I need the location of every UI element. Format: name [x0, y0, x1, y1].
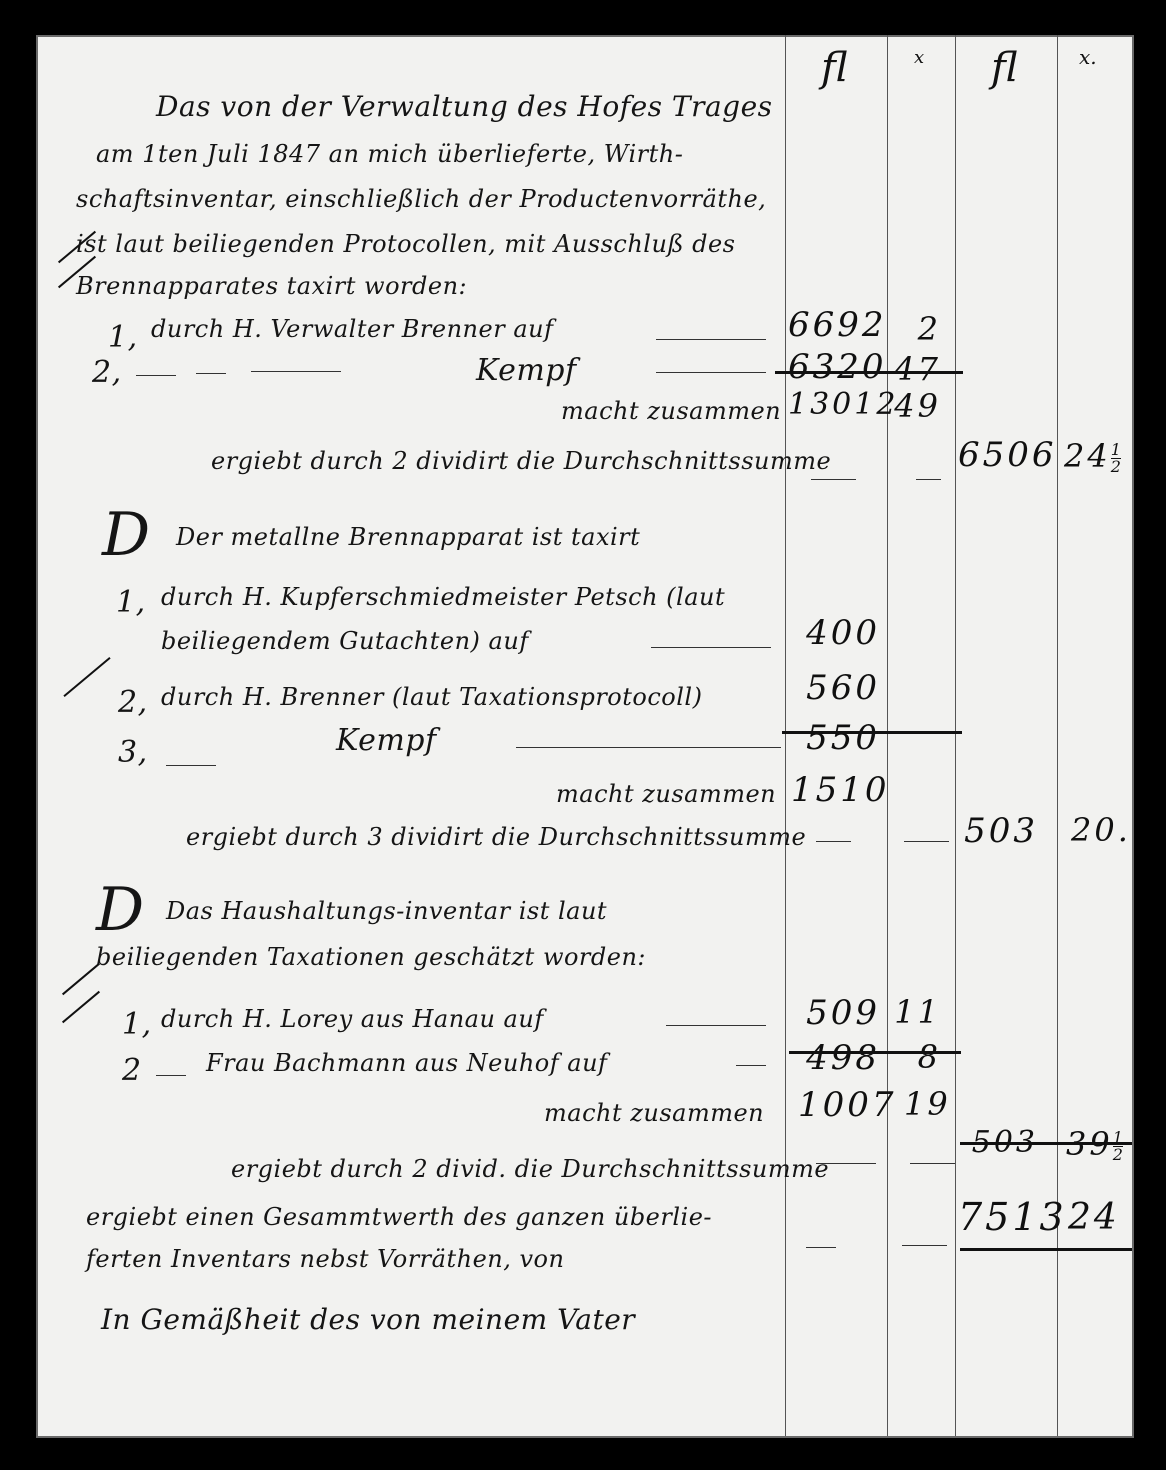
sum-gulden: 13012	[788, 387, 880, 422]
column-divider	[887, 35, 888, 1436]
column-header-gulden-2: fl	[991, 45, 1018, 91]
column-divider	[955, 35, 956, 1436]
sum-rule	[789, 1051, 961, 1054]
item-text: durch H. Lorey aus Hanau auf	[161, 1005, 544, 1033]
amount-gulden: 6320	[788, 347, 880, 387]
item-number: 2	[122, 1053, 142, 1088]
total-kreuzer: 24	[1068, 1197, 1120, 1238]
sum-rule	[775, 371, 963, 374]
leader-line	[656, 339, 766, 340]
ditto-line	[136, 375, 176, 376]
item-text: durch H. Brenner (laut Taxationsprotocol…	[161, 683, 702, 711]
intro-line: Das von der Verwaltung des Hofes Trages	[156, 90, 773, 123]
sum-label: macht zusammen	[556, 780, 776, 808]
intro-line: schaftsinventar, einschließlich der Prod…	[76, 185, 766, 213]
amount-gulden: 498	[788, 1038, 880, 1078]
column-header-gulden-1: fl	[821, 45, 848, 91]
initial-capital: D	[96, 880, 145, 940]
average-gulden: 503	[958, 811, 1038, 851]
amount-kreuzer: 8	[891, 1038, 941, 1076]
average-gulden: 6506	[958, 435, 1048, 475]
intro-line: Der metallne Brennapparat ist taxirt	[176, 523, 640, 551]
average-label: ergiebt durch 2 divid. die Durchschnitts…	[231, 1155, 829, 1183]
total-line: ferten Inventars nebst Vorräthen, von	[86, 1245, 564, 1273]
leader-line	[666, 1025, 766, 1026]
column-header-kreuzer-1: x	[914, 47, 924, 68]
sum-rule	[782, 731, 962, 734]
ledger-page: fl x fl x. Das von der Verwaltung des Ho…	[36, 35, 1134, 1438]
average-kreuzer: 2412	[1064, 437, 1121, 475]
column-header-kreuzer-2: x.	[1079, 45, 1097, 69]
total-gulden: 7513	[958, 1195, 1050, 1239]
empty-cell-dash	[910, 1163, 955, 1164]
intro-line: ist laut beiliegenden Protocollen, mit A…	[76, 230, 735, 258]
empty-cell-dash	[811, 479, 856, 480]
fraction-half: 12	[1113, 1130, 1123, 1163]
ditto-line	[166, 765, 216, 766]
margin-tick-mark	[63, 657, 110, 697]
sum-kreuzer: 49	[891, 387, 941, 425]
amount-gulden: 400	[788, 613, 880, 653]
intro-line: beiliegenden Taxationen geschätzt worden…	[96, 943, 646, 971]
item-number: 2,	[118, 685, 148, 720]
empty-cell-dash	[816, 841, 851, 842]
sum-label: macht zusammen	[561, 397, 781, 425]
item-text: durch H. Kupferschmiedmeister Petsch (la…	[161, 583, 725, 611]
amount-kreuzer: 47	[891, 350, 941, 388]
empty-cell-dash	[806, 1247, 836, 1248]
intro-line: Brennapparates taxirt worden:	[76, 272, 467, 300]
amount-kreuzer: 2	[891, 310, 941, 348]
fraction-half: 12	[1111, 442, 1121, 475]
column-divider	[785, 35, 786, 1436]
amount-gulden: 6692	[788, 305, 880, 345]
leader-line	[651, 647, 771, 648]
item-number: 1,	[122, 1007, 152, 1042]
amount-gulden: 560	[788, 668, 880, 708]
intro-line: Das Haushaltungs-inventar ist laut	[166, 897, 607, 925]
leader-line	[516, 747, 781, 748]
empty-cell-dash	[816, 1163, 876, 1164]
sum-gulden: 1510	[791, 770, 890, 810]
item-text: Frau Bachmann aus Neuhof auf	[206, 1049, 607, 1077]
amount-gulden: 550	[788, 718, 880, 758]
leader-line	[656, 372, 766, 373]
total-line: ergiebt einen Gesammtwerth des ganzen üb…	[86, 1203, 712, 1231]
sum-kreuzer: 19	[904, 1085, 951, 1123]
kreuzer-whole: 24	[1064, 437, 1111, 475]
leader-line	[736, 1065, 766, 1066]
amount-kreuzer: 11	[891, 993, 941, 1031]
average-label: ergiebt durch 2 dividirt die Durchschnit…	[211, 447, 831, 475]
average-kreuzer: 20.	[1071, 811, 1131, 849]
ditto-line	[196, 373, 226, 374]
ditto-line	[251, 371, 341, 372]
item-number: 2,	[92, 355, 122, 390]
total-rule	[960, 1248, 1132, 1251]
amount-gulden: 509	[788, 993, 880, 1033]
subtotal-rule	[960, 1142, 1132, 1145]
item-number: 3,	[118, 735, 148, 770]
item-text-continued: beiliegendem Gutachten) auf	[161, 627, 529, 655]
item-number: 1,	[108, 320, 138, 355]
margin-tick-mark	[62, 991, 100, 1023]
empty-cell-dash	[904, 841, 949, 842]
sum-gulden: 1007	[798, 1085, 897, 1125]
item-text: Kempf	[476, 353, 577, 388]
closing-line: In Gemäßheit des von meinem Vater	[101, 1303, 635, 1336]
item-text: Kempf	[336, 723, 437, 758]
margin-tick-mark	[62, 963, 100, 995]
sum-label: macht zusammen	[544, 1099, 764, 1127]
initial-capital: D	[102, 505, 151, 565]
ditto-line	[156, 1075, 186, 1076]
item-number: 1,	[116, 585, 146, 620]
intro-line: am 1ten Juli 1847 an mich überlieferte, …	[96, 140, 683, 168]
item-text: durch H. Verwalter Brenner auf	[151, 315, 553, 343]
empty-cell-dash	[916, 479, 941, 480]
empty-cell-dash	[902, 1245, 947, 1246]
average-label: ergiebt durch 3 dividirt die Durchschnit…	[186, 823, 806, 851]
